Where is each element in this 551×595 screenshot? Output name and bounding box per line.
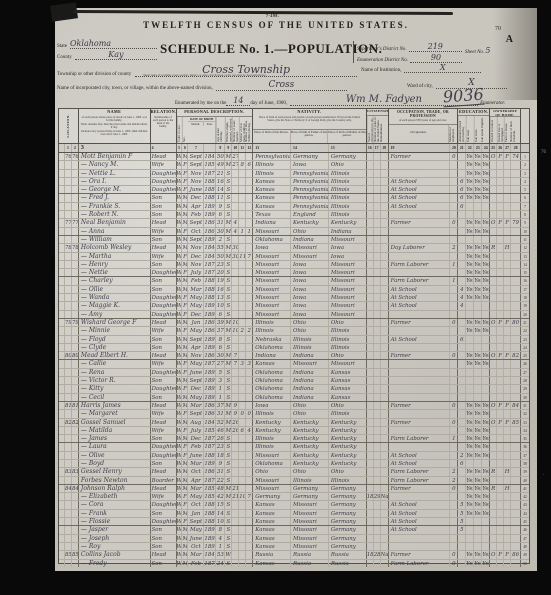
cell-fh xyxy=(504,311,511,318)
cell-c1 xyxy=(367,153,374,160)
table-row: — FredySonWMFeb187624SKansasRussiaRussia… xyxy=(59,560,529,567)
cell-pm: Indiana xyxy=(329,228,367,235)
cell-l2 xyxy=(65,161,72,168)
cell-att xyxy=(458,394,466,401)
cell-cl xyxy=(246,261,253,268)
cell-ln: 22 xyxy=(521,327,529,334)
cell-sc xyxy=(511,460,521,467)
cell-c1 xyxy=(367,369,374,376)
cell-rel: Son xyxy=(151,460,177,467)
cell-ym xyxy=(232,377,239,384)
cell-m: S xyxy=(225,178,232,185)
cell-occ xyxy=(389,269,451,276)
cell-mo xyxy=(450,253,458,260)
cell-cl: 6 xyxy=(246,161,253,168)
cell-att: 5 xyxy=(458,510,466,517)
cell-by: 1889 xyxy=(204,518,216,525)
cell-ln: 6 xyxy=(521,194,529,201)
cell-pf: Indiana xyxy=(291,236,329,243)
cell-mo: 0 xyxy=(450,352,458,359)
cell-pf: Iowa xyxy=(291,269,329,276)
cell-age: 42 xyxy=(216,493,225,500)
cell-c2 xyxy=(374,419,381,426)
cell-occ: At School xyxy=(389,203,451,210)
county-value: Kay xyxy=(75,50,157,60)
cell-l2 xyxy=(65,302,72,309)
cell-pm: Missouri xyxy=(329,286,367,293)
cell-o xyxy=(490,253,497,260)
cell-sc xyxy=(511,228,521,235)
cell-fm xyxy=(497,178,504,185)
cell-c1 xyxy=(367,344,374,351)
cell-fm xyxy=(497,543,504,550)
cell-en: Yes xyxy=(482,178,490,185)
cell-rd xyxy=(466,543,474,550)
cell-by: 1890 xyxy=(204,302,216,309)
cell-ym: 4 xyxy=(232,228,239,235)
cell-mo xyxy=(450,170,458,177)
cell-pb: Iowa xyxy=(253,402,291,409)
table-row: — ElizabethWifeWFMay185842M21107GermanyG… xyxy=(59,493,529,501)
children-living-label: Number of these children living. xyxy=(245,117,252,143)
township-label: Township or other division of county xyxy=(57,72,131,77)
cell-occ: At School xyxy=(389,460,451,467)
cell-rel: Wife xyxy=(151,360,177,367)
cell-bm: May xyxy=(188,327,204,334)
cell-by: 1849 xyxy=(204,253,216,260)
cell-c2 xyxy=(374,385,381,392)
cell-c2 xyxy=(374,394,381,401)
table-row: 7878Holcomb WesleyHeadWMNov184455M30Iowa… xyxy=(59,244,529,252)
cell-bm: Nov xyxy=(188,244,204,251)
cell-ym xyxy=(232,560,239,567)
cell-fm xyxy=(497,170,504,177)
cell-pb: Indiana xyxy=(253,219,291,226)
column-number-wr: 23 xyxy=(474,144,482,152)
city-label: Name of incorporated city, town, or vill… xyxy=(57,86,213,91)
cell-wr: Yes xyxy=(474,360,482,367)
cell-en: Yes xyxy=(482,477,490,484)
column-number-bm: 7 xyxy=(188,144,204,152)
cell-wr xyxy=(474,518,482,525)
cell-rd xyxy=(466,385,474,392)
cell-ch xyxy=(239,203,246,210)
cell-att: 5 xyxy=(458,501,466,508)
cell-ch xyxy=(239,236,246,243)
cell-rd: Yes xyxy=(466,468,474,475)
cell-c1 xyxy=(367,236,374,243)
cell-bm: Aug xyxy=(188,419,204,426)
cell-fm xyxy=(497,535,504,542)
cell-mo: 0 xyxy=(450,485,458,492)
cell-l2: 81 xyxy=(65,402,72,409)
cell-en: Yes xyxy=(482,493,490,500)
dob-month-label: Month. xyxy=(188,122,204,126)
district-block: Supervisor's District No. 219 Enumeratio… xyxy=(353,41,462,63)
cell-pm: Illinois xyxy=(329,344,367,351)
cell-bm: Feb xyxy=(188,560,204,567)
header-nativity: NATIVITY. Place of birth of each person … xyxy=(253,109,367,143)
cell-att xyxy=(458,211,466,218)
cell-fm xyxy=(497,277,504,284)
cell-age: 9 xyxy=(216,460,225,467)
cell-age: 39 xyxy=(216,319,225,326)
cell-name: — Anna xyxy=(79,228,151,235)
cell-mo xyxy=(450,327,458,334)
cell-pb: Illinois xyxy=(253,170,291,177)
cell-l3 xyxy=(72,477,79,484)
cell-l3: 78 xyxy=(72,244,79,251)
cell-age: 2 xyxy=(216,236,225,243)
cell-fm xyxy=(497,477,504,484)
cell-fm xyxy=(497,261,504,268)
cell-ch xyxy=(239,485,246,492)
cell-mo xyxy=(450,443,458,450)
cell-sc xyxy=(511,385,521,392)
cell-fm: F xyxy=(497,153,504,160)
cell-cl xyxy=(246,551,253,558)
cell-fh xyxy=(504,410,511,417)
cell-c2 xyxy=(374,302,381,309)
cell-ym xyxy=(232,344,239,351)
cell-m: S xyxy=(225,186,232,193)
cell-ch xyxy=(239,518,246,525)
cell-att xyxy=(458,327,466,334)
table-row: — AmyDaughterWFDec18936SMissouriIowaMiss… xyxy=(59,311,529,319)
cell-cl xyxy=(246,452,253,459)
cell-mo xyxy=(450,510,458,517)
cell-by: 1868 xyxy=(204,410,216,417)
cell-pf: Kentucky xyxy=(291,443,329,450)
cell-rd xyxy=(466,302,474,309)
cell-by: 1869 xyxy=(204,228,216,235)
cell-ym: 27 xyxy=(232,153,239,160)
cell-age: 31 xyxy=(216,219,225,226)
cell-en: Yes xyxy=(482,161,490,168)
cell-en: Yes xyxy=(482,485,490,492)
cell-ch xyxy=(239,501,246,508)
cell-fh: F xyxy=(504,419,511,426)
cell-l3 xyxy=(72,543,79,550)
cell-sc xyxy=(511,510,521,517)
cell-age: 53 xyxy=(216,551,225,558)
cell-rel: Son xyxy=(151,377,177,384)
cell-age: 10 xyxy=(216,518,225,525)
cell-pb: Oklahoma xyxy=(253,344,291,351)
table-row: 8080Mead Elbert H.HeadWMNov186930M7India… xyxy=(59,352,529,360)
cell-fm xyxy=(497,435,504,442)
cell-rel: Head xyxy=(151,402,177,409)
institution-value: X xyxy=(404,63,481,73)
cell-o xyxy=(490,170,497,177)
cell-occ: At School xyxy=(389,302,451,309)
cell-name: — Roy xyxy=(79,543,151,550)
cell-rel: Wife xyxy=(151,253,177,260)
cell-sc xyxy=(511,501,521,508)
cell-sc: 79 xyxy=(511,219,521,226)
cell-wr: Yes xyxy=(474,443,482,450)
cell-l2 xyxy=(65,535,72,542)
cell-c2 xyxy=(374,510,381,517)
cell-cl xyxy=(246,319,253,326)
cell-age: 11 xyxy=(216,194,225,201)
cell-ym xyxy=(232,211,239,218)
cell-by: 1873 xyxy=(204,360,216,367)
cell-l3 xyxy=(72,344,79,351)
cell-occ: Farmer xyxy=(389,153,451,160)
cell-rd xyxy=(466,369,474,376)
cell-pf: Russia xyxy=(291,560,329,567)
cell-by: 1884 xyxy=(204,501,216,508)
cell-rel: Daughter xyxy=(151,452,177,459)
cell-fm xyxy=(497,518,504,525)
cell-ym: 10 xyxy=(232,327,239,334)
cell-cl: 4 xyxy=(246,427,253,434)
cell-ln: 13 xyxy=(521,253,529,260)
cell-cl: 7 xyxy=(246,253,253,260)
cell-ln: 12 xyxy=(521,244,529,251)
years-married-label: Number of years married. xyxy=(232,117,239,143)
cell-ln: 8 xyxy=(521,211,529,218)
cell-pf: Missouri xyxy=(291,360,329,367)
cell-wr: Yes xyxy=(474,261,482,268)
cell-en: Yes xyxy=(482,294,490,301)
cell-o xyxy=(490,211,497,218)
cell-bm: Mar xyxy=(188,460,204,467)
cell-rd: Yes xyxy=(466,194,474,201)
cell-fh xyxy=(504,427,511,434)
cell-en: Yes xyxy=(482,419,490,426)
cell-wr: Yes xyxy=(474,228,482,235)
cell-bm: Dec xyxy=(188,253,204,260)
cell-pf: Kentucky xyxy=(291,452,329,459)
cell-c1 xyxy=(367,485,374,492)
cell-rd xyxy=(466,535,474,542)
cell-m: S xyxy=(225,336,232,343)
cell-fh xyxy=(504,302,511,309)
cell-cl xyxy=(246,510,253,517)
cell-fh xyxy=(504,394,511,401)
cell-ym xyxy=(232,518,239,525)
cell-c3 xyxy=(381,186,389,193)
cell-sc xyxy=(511,277,521,284)
cell-wr: Yes xyxy=(474,410,482,417)
cell-c1 xyxy=(367,427,374,434)
cell-ch xyxy=(239,186,246,193)
cell-c1 xyxy=(367,219,374,226)
table-row: — MatildaWifeWFJuly185346M2664KentuckyKe… xyxy=(59,427,529,435)
cell-o xyxy=(490,360,497,367)
cell-pb: Kansas xyxy=(253,518,291,525)
cell-age: 31 xyxy=(216,468,225,475)
cell-bm: Sept xyxy=(188,236,204,243)
cell-name: — Ora I. xyxy=(79,178,151,185)
cell-rd xyxy=(466,336,474,343)
cell-mo: 2 xyxy=(450,468,458,475)
cell-fm xyxy=(497,294,504,301)
cell-fm xyxy=(497,344,504,351)
cell-att xyxy=(458,269,466,276)
cell-cl xyxy=(246,501,253,508)
cell-rd: Yes xyxy=(466,360,474,367)
cell-ym xyxy=(232,535,239,542)
cell-name: Johnson Ralph xyxy=(79,485,151,492)
cell-cl xyxy=(246,186,253,193)
header-location: LOCATION. xyxy=(59,109,79,143)
cell-l2 xyxy=(65,170,72,177)
cell-mo xyxy=(450,236,458,243)
cell-name: — Flossie xyxy=(79,518,151,525)
cell-pf: Ohio xyxy=(291,410,329,417)
cell-name: — Martha xyxy=(79,253,151,260)
cell-cl xyxy=(246,336,253,343)
column-number-sc: 28 xyxy=(511,144,521,152)
cell-pm: Illinois xyxy=(329,178,367,185)
cell-ln: 20 xyxy=(521,311,529,318)
cell-name: — Ollie xyxy=(79,286,151,293)
cell-occ xyxy=(389,385,451,392)
owned-rented-label: Owned or rented. xyxy=(490,117,497,143)
cell-cl xyxy=(246,385,253,392)
cell-pb: Kansas xyxy=(253,178,291,185)
cell-wr xyxy=(474,302,482,309)
cell-pf: Illinois xyxy=(291,477,329,484)
cell-ln: 9 xyxy=(521,219,529,226)
cell-c3 xyxy=(381,236,389,243)
cell-fm xyxy=(497,427,504,434)
column-number-en: 24 xyxy=(482,144,490,152)
cell-occ: Farm Laborer xyxy=(389,477,451,484)
cell-age: 22 xyxy=(216,477,225,484)
cell-l3 xyxy=(72,377,79,384)
cell-wr: Yes xyxy=(474,294,482,301)
table-row: — RoySonWMOct18981SKansasMissouriGermany… xyxy=(59,543,529,551)
cell-sc xyxy=(511,311,521,318)
cell-en: Yes xyxy=(482,319,490,326)
cell-m: S xyxy=(225,460,232,467)
cell-name: — Nettie L. xyxy=(79,170,151,177)
cell-rd: Yes xyxy=(466,153,474,160)
cell-rel: Head xyxy=(151,419,177,426)
cell-l2 xyxy=(65,344,72,351)
cell-name: — Laura xyxy=(79,443,151,450)
cell-occ: At School xyxy=(389,501,451,508)
cell-fh xyxy=(504,443,511,450)
cell-age: 21 xyxy=(216,170,225,177)
cell-pf: Pennsylvania xyxy=(291,203,329,210)
cell-occ: Farmer xyxy=(389,319,451,326)
cell-att: 2 xyxy=(458,452,466,459)
cell-ym xyxy=(232,336,239,343)
cell-m: M xyxy=(225,352,232,359)
scanned-census-page: { "form": { "form_number": "7-498.", "ce… xyxy=(0,0,551,595)
cell-pf: Pennsylvania xyxy=(291,178,329,185)
cell-fh: F xyxy=(504,153,511,160)
cell-l2 xyxy=(65,253,72,260)
cell-pb: Illinois xyxy=(253,327,291,334)
cell-wr xyxy=(474,203,482,210)
cell-rd: Yes xyxy=(466,510,474,517)
cell-att xyxy=(458,360,466,367)
cell-pf: Ohio xyxy=(291,319,329,326)
cell-cl: 2 xyxy=(246,327,253,334)
cell-pm: Illinois xyxy=(329,336,367,343)
cell-rel: Son xyxy=(151,336,177,343)
cell-c2 xyxy=(374,360,381,367)
cell-pm: Germany xyxy=(329,543,367,550)
cell-name: — Margaret xyxy=(79,410,151,417)
cell-fh xyxy=(504,543,511,550)
cell-pb: Ohio xyxy=(253,468,291,475)
table-row: — George M.DaughterWFJune188614SKansasPe… xyxy=(59,186,529,194)
cell-fm xyxy=(497,269,504,276)
cell-m: M xyxy=(225,228,232,235)
cell-rel: Wife xyxy=(151,228,177,235)
cell-sc xyxy=(511,427,521,434)
cell-c3 xyxy=(381,410,389,417)
cell-mo xyxy=(450,501,458,508)
cell-pf: Indiana xyxy=(291,394,329,401)
cell-c2: 29 xyxy=(374,493,381,500)
cell-rd xyxy=(466,203,474,210)
cell-cl: 3 xyxy=(246,360,253,367)
ward-label: Ward of city, xyxy=(407,84,433,89)
table-row: — NettieDaughterWFJuly187920SMissouriIow… xyxy=(59,269,529,277)
cell-en: Yes xyxy=(482,360,490,367)
months-not-employed-label: Months not employed. xyxy=(449,125,457,143)
cell-l2 xyxy=(65,518,72,525)
cell-age: 26 xyxy=(216,435,225,442)
cell-mo: 2 xyxy=(450,244,458,251)
cell-c2 xyxy=(374,261,381,268)
cell-bm: May xyxy=(188,294,204,301)
cell-pf: Germany xyxy=(291,153,329,160)
cell-pb: Kansas xyxy=(253,543,291,550)
cell-wr xyxy=(474,460,482,467)
cell-bm: Nov xyxy=(188,170,204,177)
cell-l2 xyxy=(65,236,72,243)
cell-fh xyxy=(504,203,511,210)
cell-fm xyxy=(497,311,504,318)
cell-ch xyxy=(239,261,246,268)
cell-m: S xyxy=(225,344,232,351)
cell-ch xyxy=(239,369,246,376)
cell-mo xyxy=(450,526,458,533)
cell-rd: Yes xyxy=(466,551,474,558)
cell-o: O xyxy=(490,402,497,409)
cell-mo xyxy=(450,394,458,401)
cell-rel: Son xyxy=(151,394,177,401)
cell-pm: Russia xyxy=(329,560,367,567)
cell-bm: Sept xyxy=(188,518,204,525)
cell-pb: Missouri xyxy=(253,261,291,268)
cell-occ: At School xyxy=(389,336,451,343)
cell-c1 xyxy=(367,211,374,218)
cell-ch xyxy=(239,468,246,475)
cell-ch xyxy=(239,394,246,401)
cell-c2 xyxy=(374,161,381,168)
cell-o xyxy=(490,518,497,525)
cell-cl xyxy=(246,236,253,243)
cell-att xyxy=(458,385,466,392)
cell-rd: Yes xyxy=(466,244,474,251)
cell-ch: 1 xyxy=(239,228,246,235)
cell-cl xyxy=(246,269,253,276)
occupation-title: OCCUPATION, TRADE, OR PROFESSION xyxy=(389,109,458,118)
cell-l3 xyxy=(72,277,79,284)
cell-name: — Callie xyxy=(79,360,151,367)
cell-bm: Sept xyxy=(188,219,204,226)
